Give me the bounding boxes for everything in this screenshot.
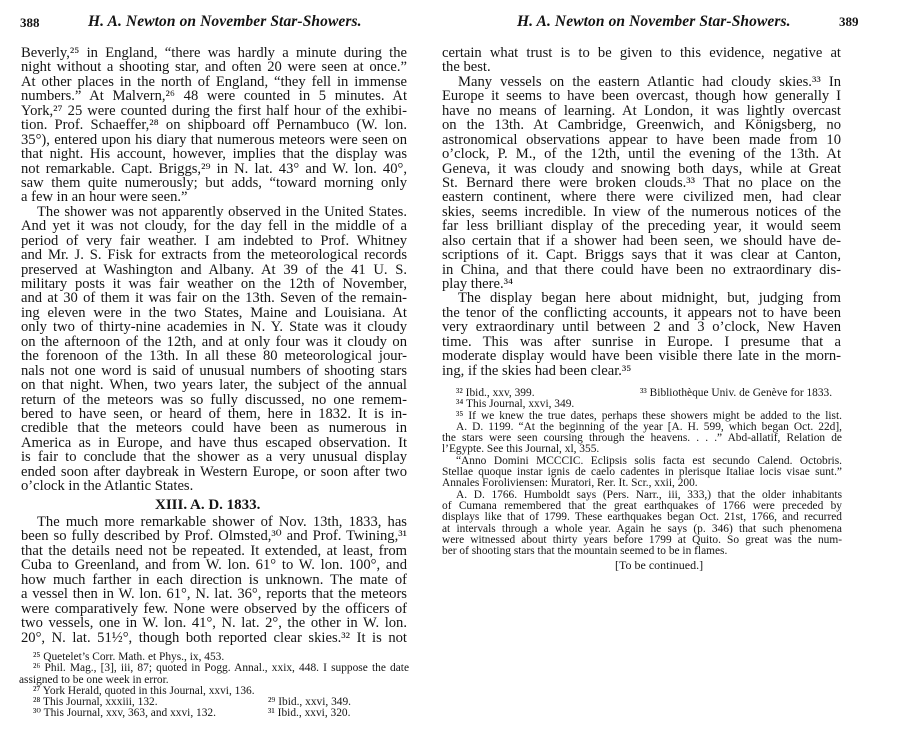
text-line: not remarkable. Capt. Briggs,²⁹ in N. la… (21, 162, 407, 176)
text-line: two vessels, one in W. lon. 41°, N. lat.… (21, 616, 407, 630)
text-line: on the 13th. At Cambridge, Greenwich, an… (442, 118, 841, 132)
text-line: is fair to conclude that the shower as a… (21, 450, 407, 464)
text-line: numbers.” At Malvern,²⁶ 48 were counted … (21, 89, 407, 103)
text-line: St. Bernard there were broken clouds.³³ … (442, 176, 841, 190)
footnote-34: ³⁴ This Journal, xxvi, 349. (442, 399, 842, 410)
text-line: and Mr. J. S. Fisk for extracts from the… (21, 248, 407, 262)
continued-note: [To be continued.] (615, 558, 703, 573)
text-line: 20°, N. lat. 51½°, though both reported … (21, 631, 407, 645)
page-number: 389 (839, 14, 859, 30)
text-line: the forenoon of the 13th. In all these 8… (21, 349, 407, 363)
text-line: moderate display would have been visible… (442, 349, 841, 363)
text-line: Cuba to Greenland, and from W. lon. 61° … (21, 558, 407, 572)
text-line: far less brilliant display of the preced… (442, 219, 841, 233)
text-line: 35°), entered upon his diary that numero… (21, 133, 407, 147)
text-line: that the details need not be repeated. I… (21, 544, 407, 558)
text-line: the best. (442, 60, 841, 74)
footnote-33: ³³ Bibliothèque Univ. de Genève for 1833… (640, 388, 832, 399)
text-line: o’clock, P. M., of the 12th, until the e… (442, 147, 841, 161)
text-line: also certain that if a shower had been s… (442, 234, 841, 248)
paragraph-2: Many vessels on the eastern Atlantic had… (442, 75, 841, 292)
text-line: tion. Prof. Schaeffer,²⁸ on shipboard of… (21, 118, 407, 132)
text-line: nals not one word is said of unusual num… (21, 364, 407, 378)
body-paragraphs-top: Beverly,²⁵ in England, “there was hardly… (21, 46, 407, 494)
text-line: And yet it was not cloudy, for the day f… (21, 219, 407, 233)
text-line: skies, seems incredible. In view of the … (442, 205, 841, 219)
footnotes: ²⁵ Quetelet’s Corr. Math. et Phys., ix, … (19, 652, 409, 720)
text-line: play there.³⁴ (442, 277, 841, 291)
footnote-31: ³¹ Ibid., xxvi, 320. (268, 708, 350, 719)
page-number: 388 (20, 15, 40, 31)
text-line: on that night. When, two years later, th… (21, 378, 407, 392)
right-page: H. A. Newton on November Star-Showers. 3… (450, 0, 900, 750)
text-line: certain what trust is to be given to thi… (442, 46, 841, 60)
text-line: America as in Europe, and have thus esca… (21, 436, 407, 450)
text-line: time. This was after sunrise in Europe. … (442, 335, 841, 349)
text-line: only two of thirty-nine academies in N. … (21, 320, 407, 334)
paragraph-3: The much more remarkable shower of Nov. … (21, 515, 407, 645)
text-line: At other places in the north of England,… (21, 75, 407, 89)
text-line: the tenor of the conflicting accounts, i… (442, 306, 841, 320)
footnote-row: ³⁰ This Journal, xxv, 363, and xxvi, 132… (19, 708, 409, 719)
footnotes: ³² Ibid., xxv, 399. ³³ Bibliothèque Univ… (442, 388, 842, 557)
text-line: a few in an hour were seen.” (21, 190, 407, 204)
text-line: night without a shooting star, and often… (21, 60, 407, 74)
left-page: 388 H. A. Newton on November Star-Shower… (0, 0, 450, 750)
text-line: Beverly,²⁵ in England, “there was hardly… (21, 46, 407, 60)
paragraph-1: Beverly,²⁵ in England, “there was hardly… (21, 46, 407, 205)
text-line: been so fully described by Prof. Olmsted… (21, 529, 407, 543)
text-line: ing, if the skies had been clear.³⁵ (442, 364, 841, 378)
paragraph-2: The shower was not apparently observed i… (21, 205, 407, 494)
text-line: a vessel then in W. lon. 61°, N. lat. 36… (21, 587, 407, 601)
paragraph-3: The display began here about midnight, b… (442, 291, 841, 378)
text-line: The display began here about midnight, b… (442, 291, 841, 305)
text-line: credible that the meteors could have bee… (21, 421, 407, 435)
text-line: The shower was not apparently observed i… (21, 205, 407, 219)
text-line: York,²⁷ 25 were counted during the first… (21, 104, 407, 118)
text-line: very extraordinary until between 2 and 3… (442, 320, 841, 334)
text-line: that night. His account, however, implie… (21, 147, 407, 161)
text-line: preserved at Washington and Albany. At 3… (21, 263, 407, 277)
running-head: H. A. Newton on November Star-Showers. (88, 13, 362, 31)
section-heading: XIII. A. D. 1833. (155, 497, 260, 514)
text-line: return of the meteors was so fully discu… (21, 393, 407, 407)
footnote-26: ²⁶ Phil. Mag., [3], iii, 87; quoted in P… (19, 663, 409, 674)
text-line: have no means of learning. At London, it… (442, 104, 841, 118)
text-line: and at 30 of them it was fair on the 13t… (21, 291, 407, 305)
text-line: ing eleven were in the two States, Maine… (21, 306, 407, 320)
footnote-30: ³⁰ This Journal, xxv, 363, and xxvi, 132… (19, 708, 268, 719)
text-line: scriptions of it. Capt. Briggs says that… (442, 248, 841, 262)
text-line: were comparatively few. None were observ… (21, 602, 407, 616)
text-line: how much farther in each direction is un… (21, 573, 407, 587)
paragraph-1: certain what trust is to be given to thi… (442, 46, 841, 75)
text-line: Europe it seems to have been overcast, t… (442, 89, 841, 103)
text-line: The much more remarkable shower of Nov. … (21, 515, 407, 529)
text-line: ended soon after daybreak in Western Eur… (21, 465, 407, 479)
text-line: bered to have seen, or heard of them, he… (21, 407, 407, 421)
text-line: astronomical observations appear to have… (442, 133, 841, 147)
text-line: Many vessels on the eastern Atlantic had… (442, 75, 841, 89)
text-line: military posts it was fair weather on th… (21, 277, 407, 291)
text-line: period of very fair weather. I am indebt… (21, 234, 407, 248)
text-line: on the afternoon of the 12th, and at onl… (21, 335, 407, 349)
footnote-35-line: ber of shooting stars that the mountain … (442, 546, 842, 557)
text-line: in China, and that there could have been… (442, 263, 841, 277)
running-head: H. A. Newton on November Star-Showers. (517, 13, 791, 31)
footnote-35-line: displays like that of 1799. These earthq… (442, 512, 842, 523)
text-line: saw them quite numerously; but adds, “to… (21, 176, 407, 190)
text-line: Geneva, it was cloudy and snowing both d… (442, 162, 841, 176)
body-paragraphs: certain what trust is to be given to thi… (442, 46, 841, 378)
footnote-35-line: Annales Foroliviensen: Muratori, Rer. It… (442, 478, 842, 489)
text-line: eastern continent, where there were civi… (442, 190, 841, 204)
text-line: o’clock in the Atlantic States. (21, 479, 407, 493)
